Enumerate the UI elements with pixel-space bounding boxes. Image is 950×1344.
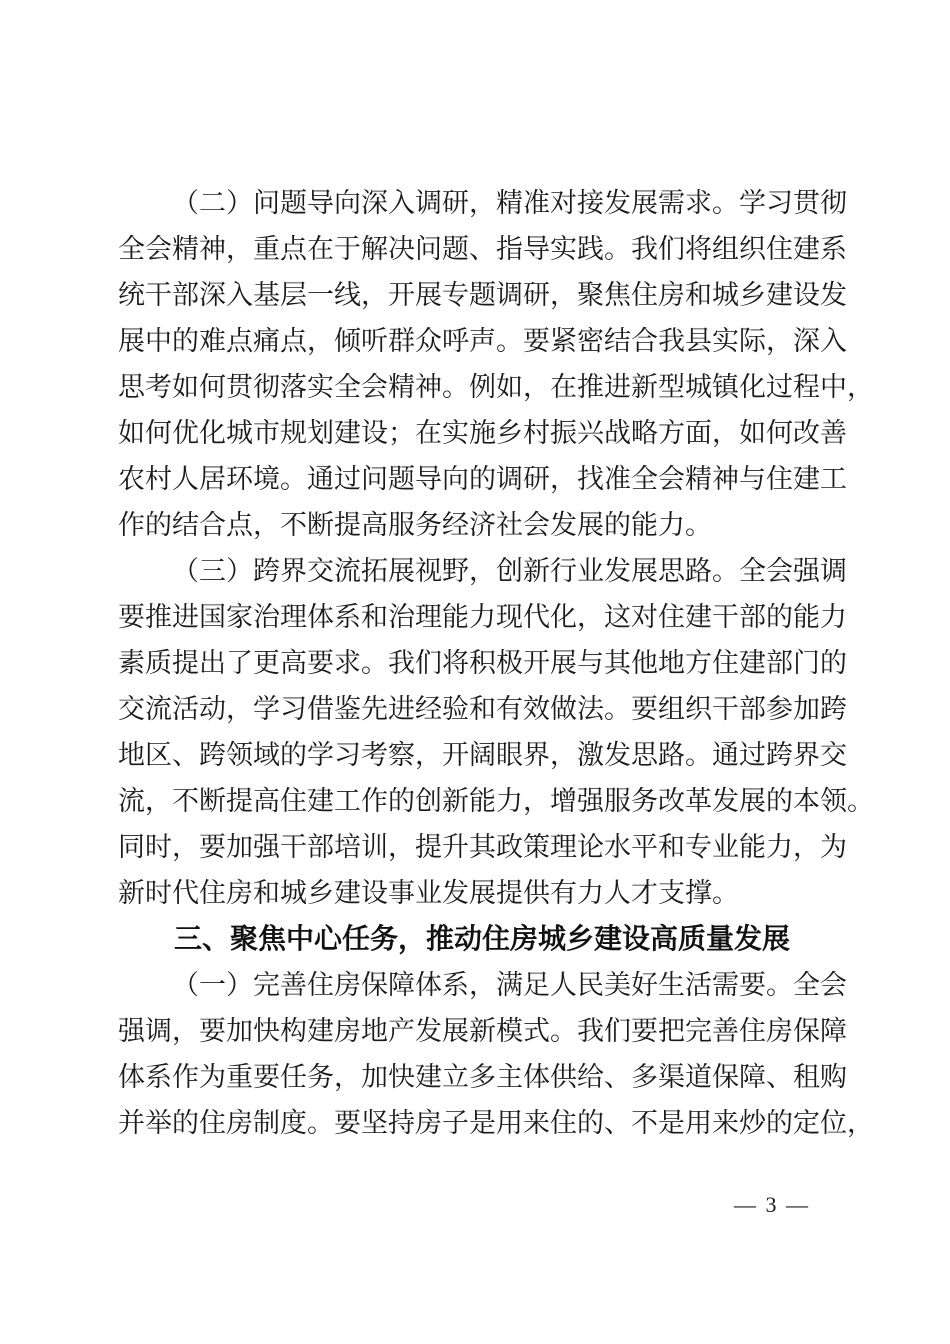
page-footer: — 3 —	[0, 1182, 950, 1228]
text-line: 素质提出了更高要求。我们将积极开展与其他地方住建部门的	[118, 640, 878, 686]
text-line: （三）跨界交流拓展视野，创新行业发展思路。全会强调	[118, 548, 878, 594]
text-line: 统干部深入基层一线，开展专题调研，聚焦住房和城乡建设发	[118, 272, 878, 318]
page-number: — 3 —	[734, 1192, 810, 1217]
text-line: 全会精神，重点在于解决问题、指导实践。我们将组织住建系	[118, 226, 878, 272]
paragraph-problem-research: （二）问题导向深入调研，精准对接发展需求。学习贯彻 全会精神，重点在于解决问题、…	[118, 180, 878, 548]
text-line: 同时，要加强干部培训，提升其政策理论水平和专业能力，为	[118, 824, 878, 870]
text-line: 体系作为重要任务，加快建立多主体供给、多渠道保障、租购	[118, 1054, 878, 1100]
text-line: 农村人居环境。通过问题导向的调研，找准全会精神与住建工	[118, 456, 878, 502]
text-line: 展中的难点痛点，倾听群众呼声。要紧密结合我县实际，深入	[118, 318, 878, 364]
paragraph-housing-security: （一）完善住房保障体系，满足人民美好生活需要。全会 强调，要加快构建房地产发展新…	[118, 962, 878, 1146]
text-line: 思考如何贯彻落实全会精神。例如，在推进新型城镇化过程中，	[118, 364, 878, 410]
text-line: 交流活动，学习借鉴先进经验和有效做法。要组织干部参加跨	[118, 686, 878, 732]
paragraph-cross-exchange: （三）跨界交流拓展视野，创新行业发展思路。全会强调 要推进国家治理体系和治理能力…	[118, 548, 878, 916]
section-heading-three: 三、聚焦中心任务，推动住房城乡建设高质量发展	[118, 916, 878, 962]
text-line: 地区、跨领域的学习考察，开阔眼界，激发思路。通过跨界交	[118, 732, 878, 778]
text-line: 强调，要加快构建房地产发展新模式。我们要把完善住房保障	[118, 1008, 878, 1054]
text-line: （一）完善住房保障体系，满足人民美好生活需要。全会	[118, 962, 878, 1008]
document-body: （二）问题导向深入调研，精准对接发展需求。学习贯彻 全会精神，重点在于解决问题、…	[118, 180, 878, 1146]
text-line: 流，不断提高住建工作的创新能力，增强服务改革发展的本领。	[118, 778, 878, 824]
text-line: 作的结合点，不断提高服务经济社会发展的能力。	[118, 502, 878, 548]
text-line: 要推进国家治理体系和治理能力现代化，这对住建干部的能力	[118, 594, 878, 640]
text-line: （二）问题导向深入调研，精准对接发展需求。学习贯彻	[118, 180, 878, 226]
text-line: 并举的住房制度。要坚持房子是用来住的、不是用来炒的定位，	[118, 1100, 878, 1146]
text-line: 如何优化城市规划建设；在实施乡村振兴战略方面，如何改善	[118, 410, 878, 456]
text-line: 新时代住房和城乡建设事业发展提供有力人才支撑。	[118, 870, 878, 916]
document-page: （二）问题导向深入调研，精准对接发展需求。学习贯彻 全会精神，重点在于解决问题、…	[0, 0, 950, 1344]
